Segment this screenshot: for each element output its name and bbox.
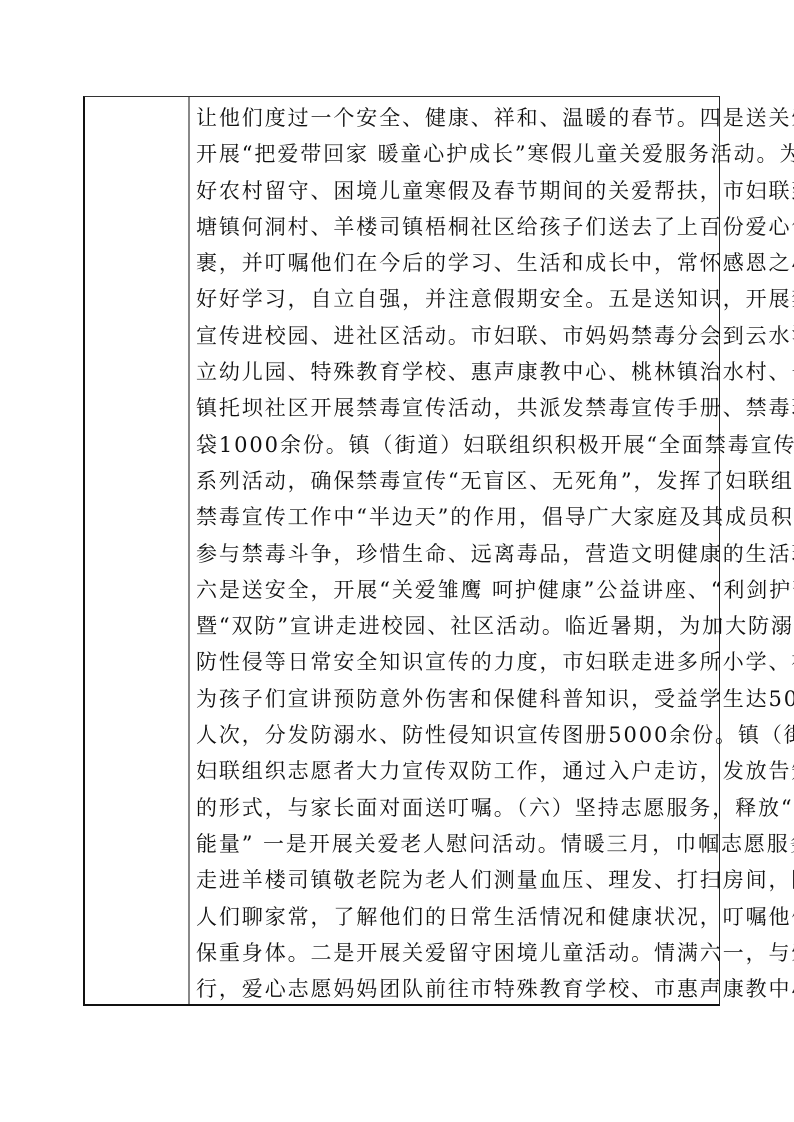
text-line: 防性侵等日常安全知识宣传的力度，市妇联走进多所小学、社区	[196, 644, 721, 680]
text-line: 塘镇何洞村、羊楼司镇梧桐社区给孩子们送去了上百份爱心包	[196, 209, 721, 245]
text-line: 妇联组织志愿者大力宣传双防工作，通过入户走访，发放告知书	[196, 753, 721, 789]
text-line: 参与禁毒斗争，珍惜生命、远离毒品，营造文明健康的生活环境。	[196, 536, 721, 572]
text-line: 立幼儿园、特殊教育学校、惠声康教中心、桃林镇治水村、长塘	[196, 354, 721, 390]
text-line: 镇托坝社区开展禁毒宣传活动，共派发禁毒宣传手册、禁毒环保	[196, 390, 721, 426]
text-line: 禁毒宣传工作中“半边天”的作用，倡导广大家庭及其成员积极	[196, 499, 721, 535]
table-label-cell	[85, 97, 190, 1004]
text-line: 好农村留守、困境儿童寒假及春节期间的关爱帮扶，市妇联到长	[196, 173, 721, 209]
content-table: 让他们度过一个安全、健康、祥和、温暖的春节。四是送关爱， 开展“把爱带回家 暖童…	[83, 96, 720, 1006]
text-line: 宣传进校园、进社区活动。市妇联、市妈妈禁毒分会到云水湾公	[196, 318, 721, 354]
text-line: 保重身体。二是开展关爱留守困境儿童活动。情满六一，与爱童	[196, 935, 721, 971]
text-line: 走进羊楼司镇敬老院为老人们测量血压、理发、打扫房间，陪老	[196, 862, 721, 898]
text-line: 六是送安全，开展“关爱雏鹰 呵护健康”公益讲座、“利剑护蕾”	[196, 572, 721, 608]
text-line: 暨“双防”宣讲走进校园、社区活动。临近暑期，为加大防溺水、	[196, 608, 721, 644]
text-line: 开展“把爱带回家 暖童心护成长”寒假儿童关爱服务活动。为做	[196, 136, 721, 172]
text-line: 人们聊家常，了解他们的日常生活情况和健康状况，叮嘱他们要	[196, 899, 721, 935]
text-line: 人次，分发防溺水、防性侵知识宣传图册5000余份。镇（街道）	[196, 717, 721, 753]
text-line: 好好学习，自立自强，并注意假期安全。五是送知识，开展禁毒	[196, 281, 721, 317]
text-line: 袋1000余份。镇（街道）妇联组织积极开展“全面禁毒宣传月”	[196, 427, 721, 463]
text-line: 系列活动，确保禁毒宣传“无盲区、无死角”，发挥了妇联组织在	[196, 463, 721, 499]
text-line: 能量” 一是开展关爱老人慰问活动。情暖三月，巾帼志愿服务队	[196, 826, 721, 862]
table-content-cell: 让他们度过一个安全、健康、祥和、温暖的春节。四是送关爱， 开展“把爱带回家 暖童…	[190, 97, 719, 1004]
text-line: 裹，并叮嘱他们在今后的学习、生活和成长中，常怀感恩之心，	[196, 245, 721, 281]
body-text: 让他们度过一个安全、健康、祥和、温暖的春节。四是送关爱， 开展“把爱带回家 暖童…	[196, 100, 721, 1007]
text-line: 为孩子们宣讲预防意外伤害和保健科普知识，受益学生达5000多	[196, 681, 721, 717]
text-line: 的形式，与家长面对面送叮嘱。（六）坚持志愿服务，释放“她	[196, 790, 721, 826]
text-line: 让他们度过一个安全、健康、祥和、温暖的春节。四是送关爱，	[196, 100, 721, 136]
text-line: 行，爱心志愿妈妈团队前往市特殊教育学校、市惠声康教中心为	[196, 971, 721, 1007]
